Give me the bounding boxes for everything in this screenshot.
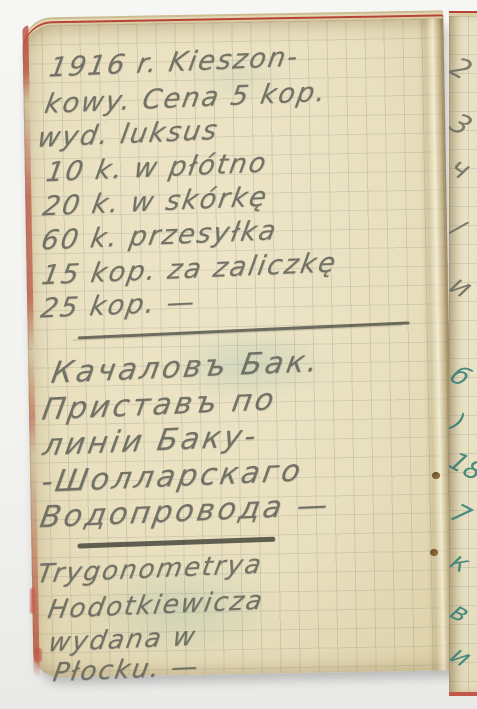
ink-fragment: ): [449, 408, 470, 437]
handwritten-line: Płocku. —: [51, 652, 202, 688]
handwriting-fragment: и: [449, 269, 477, 305]
handwritten-line: kowy. Cena 5 kop.: [42, 77, 329, 120]
handwritten-line: 1916 r. Kieszon-: [47, 42, 302, 84]
notebook-right-page-sliver: 2 3 ч / и б ) 18 7 к в и: [449, 16, 477, 692]
red-edge-fleck: [34, 648, 42, 662]
handwriting-fragment: 2: [449, 51, 477, 86]
wormhole-spot: [432, 472, 440, 479]
ink-fragment: к: [449, 547, 476, 579]
handwritten-line: Hodotkiewicza: [45, 586, 266, 625]
ink-fragment: и: [449, 641, 477, 673]
ink-fragment: 18: [449, 447, 477, 487]
wormhole-spot: [430, 549, 438, 556]
handwritten-line: 60 k. przesyłka: [39, 215, 280, 256]
pencil-section-rule: [78, 321, 410, 339]
ink-fragment: в: [449, 597, 475, 629]
handwriting-fragment: ч: [449, 151, 477, 186]
notebook-left-page: 1916 r. Kieszon- kowy. Cena 5 kop. wyd. …: [22, 18, 454, 677]
handwriting-fragment: /: [449, 213, 471, 244]
ink-fragment: б: [449, 361, 476, 393]
handwritten-line: 25 kop. —: [38, 287, 198, 325]
ink-fragment: 7: [449, 499, 476, 531]
red-edge-fleck: [30, 588, 35, 614]
handwritten-line: wyd. luksus: [35, 115, 221, 154]
handwritten-line: Trygonometrya: [35, 550, 265, 590]
notebook-scan: 1916 r. Kieszon- kowy. Cena 5 kop. wyd. …: [0, 0, 477, 709]
handwriting-fragment: 3: [449, 107, 477, 142]
handwritten-line: Качаловъ Бак.: [49, 344, 324, 391]
pencil-underline: [77, 537, 275, 549]
